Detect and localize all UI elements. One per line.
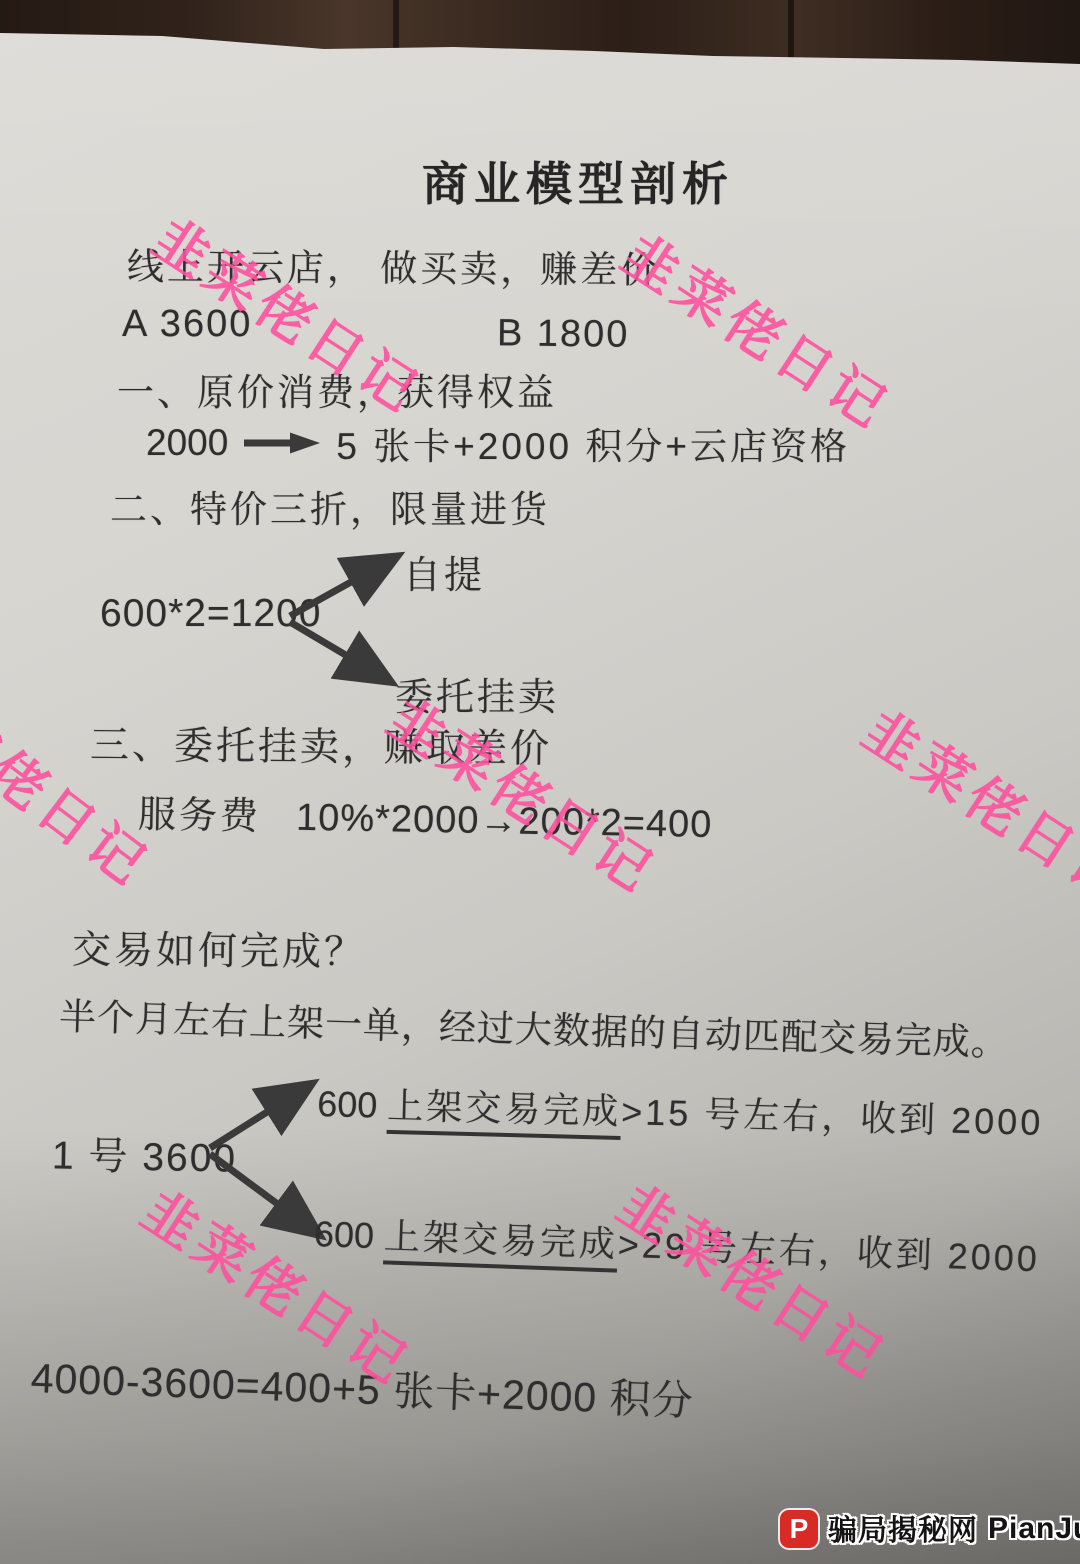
branch-option-consign: 委托挂卖	[395, 666, 559, 721]
page-title: 商业模型剖析	[422, 148, 734, 214]
service-fee-line: 服务费 10%*2000→200*2=400	[138, 783, 713, 848]
section2-heading: 二、特价三折，限量进货	[110, 479, 550, 533]
option-a: A 3600	[122, 303, 252, 346]
question-line: 交易如何完成？	[72, 919, 366, 978]
fee-label: 服务费	[138, 794, 262, 838]
section1-heading: 一、原价消费，获得权益	[117, 362, 557, 416]
deal-branch1-rest: >15 号左右，收到 2000	[621, 1091, 1044, 1143]
option-b: B 1800	[497, 312, 630, 356]
thick-right-arrow-icon	[242, 430, 322, 456]
footer-site-name: 骗局揭秘网	[828, 1508, 978, 1549]
formula-right: 5 张卡+2000 积分+云店资格	[336, 416, 850, 470]
footer-watermark: P 骗局揭秘网 PianJu.Top	[780, 1508, 1080, 1549]
footer-site-domain: PianJu.Top	[988, 1512, 1080, 1546]
deal-branch2-underlined: 上架交易完成	[383, 1215, 619, 1272]
deal-branch1-underlined: 上架交易完成	[387, 1085, 622, 1140]
section1-formula: 2000 5 张卡+2000 积分+云店资格	[146, 416, 850, 470]
fee-formula: 10%*2000→200*2=400	[296, 797, 713, 846]
deal-branch1-amount: 600	[317, 1083, 388, 1126]
intro-line: 线上开云店， 做买卖，赚差价	[127, 236, 661, 294]
pianju-logo-icon: P	[780, 1510, 818, 1548]
deal-branch2-amount: 600	[313, 1213, 384, 1256]
section3-heading: 三、委托挂卖，赚取差价	[90, 714, 552, 774]
paper-sheet	[0, 0, 1080, 1564]
formula-left: 2000	[146, 422, 228, 464]
photo-of-document: 商业模型剖析 线上开云店， 做买卖，赚差价 A 3600 B 1800 一、原价…	[0, 0, 1080, 1564]
branch-option-pickup: 自提	[403, 544, 485, 599]
